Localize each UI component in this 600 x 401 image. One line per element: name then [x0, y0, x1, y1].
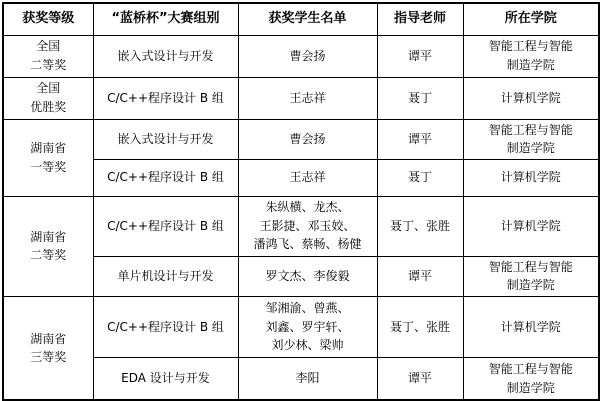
award-level-cell: 湖南省 二等奖 [3, 196, 93, 296]
group-cell: C/C++程序设计 B 组 [93, 159, 238, 196]
group-cell: C/C++程序设计 B 组 [93, 77, 238, 119]
header-competition-group: “蓝桥杯”大赛组别 [93, 3, 238, 35]
college-cell: 计算机学院 [463, 196, 599, 256]
table-row: 湖南省 二等奖 C/C++程序设计 B 组 朱纵横、龙杰、 王影捷、邓玉姣、 潘… [3, 196, 599, 256]
students-cell: 邹湘渝、曾燕、 刘鑫、罗宇轩、 刘少林、梁帅 [238, 296, 377, 357]
award-level-cell: 全国 二等奖 [3, 35, 93, 77]
table-row: 全国 二等奖 嵌入式设计与开发 曹会扬 谭平 智能工程与智能 制造学院 [3, 35, 599, 77]
table-row: 湖南省 三等奖 C/C++程序设计 B 组 邹湘渝、曾燕、 刘鑫、罗宇轩、 刘少… [3, 296, 599, 357]
award-level-cell: 湖南省 一等奖 [3, 119, 93, 196]
teacher-cell: 谭平 [377, 357, 463, 400]
header-row: 获奖等级 “蓝桥杯”大赛组别 获奖学生名单 指导老师 所在学院 [3, 3, 599, 35]
group-cell: 嵌入式设计与开发 [93, 119, 238, 159]
awards-table: 获奖等级 “蓝桥杯”大赛组别 获奖学生名单 指导老师 所在学院 全国 二等奖 嵌… [2, 2, 600, 401]
table-row: 单片机设计与开发 罗文杰、李俊毅 谭平 智能工程与智能 制造学院 [3, 256, 599, 296]
college-cell: 计算机学院 [463, 77, 599, 119]
header-advisor: 指导老师 [377, 3, 463, 35]
award-level-cell: 全国 优胜奖 [3, 77, 93, 119]
group-cell: C/C++程序设计 B 组 [93, 196, 238, 256]
group-cell: C/C++程序设计 B 组 [93, 296, 238, 357]
table-row: 湖南省 一等奖 嵌入式设计与开发 曹会扬 谭平 智能工程与智能 制造学院 [3, 119, 599, 159]
table-row: C/C++程序设计 B 组 王志祥 聂丁 计算机学院 [3, 159, 599, 196]
teacher-cell: 谭平 [377, 35, 463, 77]
students-cell: 曹会扬 [238, 119, 377, 159]
awards-table-page: 获奖等级 “蓝桥杯”大赛组别 获奖学生名单 指导老师 所在学院 全国 二等奖 嵌… [0, 0, 600, 400]
college-cell: 计算机学院 [463, 296, 599, 357]
college-cell: 智能工程与智能 制造学院 [463, 357, 599, 400]
students-cell: 李阳 [238, 357, 377, 400]
teacher-cell: 聂丁、张胜 [377, 196, 463, 256]
teacher-cell: 聂丁 [377, 159, 463, 196]
students-cell: 罗文杰、李俊毅 [238, 256, 377, 296]
table-row: EDA 设计与开发 李阳 谭平 智能工程与智能 制造学院 [3, 357, 599, 400]
college-cell: 智能工程与智能 制造学院 [463, 35, 599, 77]
teacher-cell: 聂丁、张胜 [377, 296, 463, 357]
table-row: 全国 优胜奖 C/C++程序设计 B 组 王志祥 聂丁 计算机学院 [3, 77, 599, 119]
header-award-level: 获奖等级 [3, 3, 93, 35]
group-cell: 嵌入式设计与开发 [93, 35, 238, 77]
college-cell: 智能工程与智能 制造学院 [463, 256, 599, 296]
college-cell: 计算机学院 [463, 159, 599, 196]
students-cell: 王志祥 [238, 159, 377, 196]
teacher-cell: 聂丁 [377, 77, 463, 119]
students-cell: 朱纵横、龙杰、 王影捷、邓玉姣、 潘鸿飞、蔡畅、杨健 [238, 196, 377, 256]
award-level-cell: 湖南省 三等奖 [3, 296, 93, 400]
teacher-cell: 谭平 [377, 256, 463, 296]
header-student-list: 获奖学生名单 [238, 3, 377, 35]
students-cell: 曹会扬 [238, 35, 377, 77]
students-cell: 王志祥 [238, 77, 377, 119]
group-cell: 单片机设计与开发 [93, 256, 238, 296]
header-college: 所在学院 [463, 3, 599, 35]
college-cell: 智能工程与智能 制造学院 [463, 119, 599, 159]
teacher-cell: 谭平 [377, 119, 463, 159]
group-cell: EDA 设计与开发 [93, 357, 238, 400]
